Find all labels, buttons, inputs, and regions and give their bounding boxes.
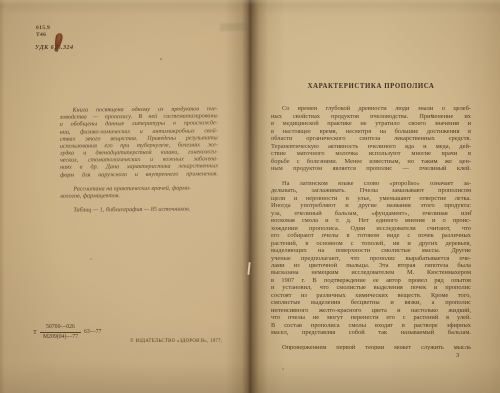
annotation-paragraph: Книга посвящена одному из продуктов пче-… [60,106,219,179]
left-page: 615.9 Т46 УДК 615.324 Книга посвящена од… [0,0,250,393]
catalog-prefix: Т [33,329,37,336]
catalog-imprint: Т 50700—026 М209(04)—77 63—77 [33,324,101,341]
paper-speck [470,210,472,212]
annotation-block: Книга посвящена одному из продуктов пче-… [59,99,218,222]
paper-speck [320,303,322,305]
faded-stamp [220,23,248,32]
catalog-suffix: 63—77 [84,329,101,336]
chapter-body: Со времен глубокой древности люди знали … [271,98,471,350]
right-page: ХАРАКТЕРИСТИКА ПРОПОЛИСА Со времен глубо… [250,0,500,393]
book-scan: 615.9 Т46 УДК 615.324 Книга посвящена од… [0,0,500,393]
annotation-paragraph: Таблиц — 1, библиография — 85 источников… [60,207,218,216]
paper-speck [160,58,162,60]
body-paragraph: Опровержением первой теории может служит… [271,344,471,350]
classification-code: 615.9 [36,25,50,32]
body-paragraph: Со времен глубокой древности люди знали … [271,105,471,172]
catalog-fraction: 50700—026 М209(04)—77 [40,324,81,341]
paper-speck [282,368,284,370]
body-paragraph: На латинском языке слово «propoliso» озн… [271,180,471,337]
annotation-paragraph: Рассчитана на практических врачей, фарма… [60,185,218,201]
page-number: 3 [456,352,459,359]
author-sign: Т46 [36,32,50,39]
copyright-line: © ИЗДАТЕЛЬСТВО «ЗДОРОВ'Я», 1977, [130,339,222,344]
library-codes: 615.9 Т46 [36,25,50,39]
paper-speck [431,114,433,116]
catalog-denominator: М209(04)—77 [40,333,81,341]
catalog-numerator: 50700—026 [40,324,81,333]
paper-speck [90,258,92,260]
chapter-heading: ХАРАКТЕРИСТИКА ПРОПОЛИСА [271,83,471,90]
